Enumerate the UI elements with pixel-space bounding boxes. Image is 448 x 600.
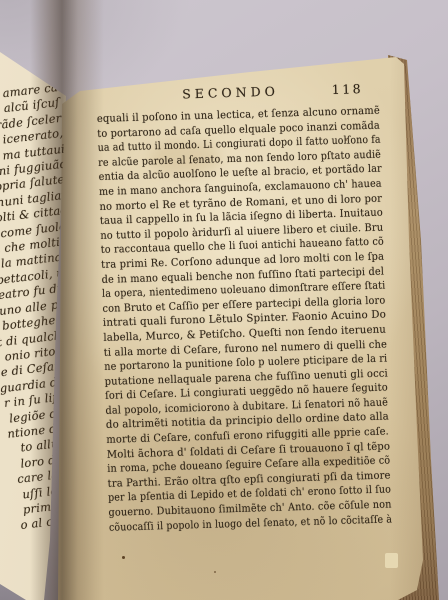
paper-patch	[385, 553, 398, 568]
foxing-speck	[122, 556, 125, 559]
book-photo: ello amare cano alcũ iſcuſa grãde ſceler…	[0, 0, 448, 600]
page-number: 118	[332, 81, 364, 97]
body-text: equali il poſono in una lectica, et ſenz…	[97, 104, 392, 535]
page-text-block: SECONDO 118 equali il poſono in una lect…	[96, 81, 392, 535]
running-title: SECONDO	[182, 84, 279, 102]
foxing-speck	[214, 571, 216, 573]
